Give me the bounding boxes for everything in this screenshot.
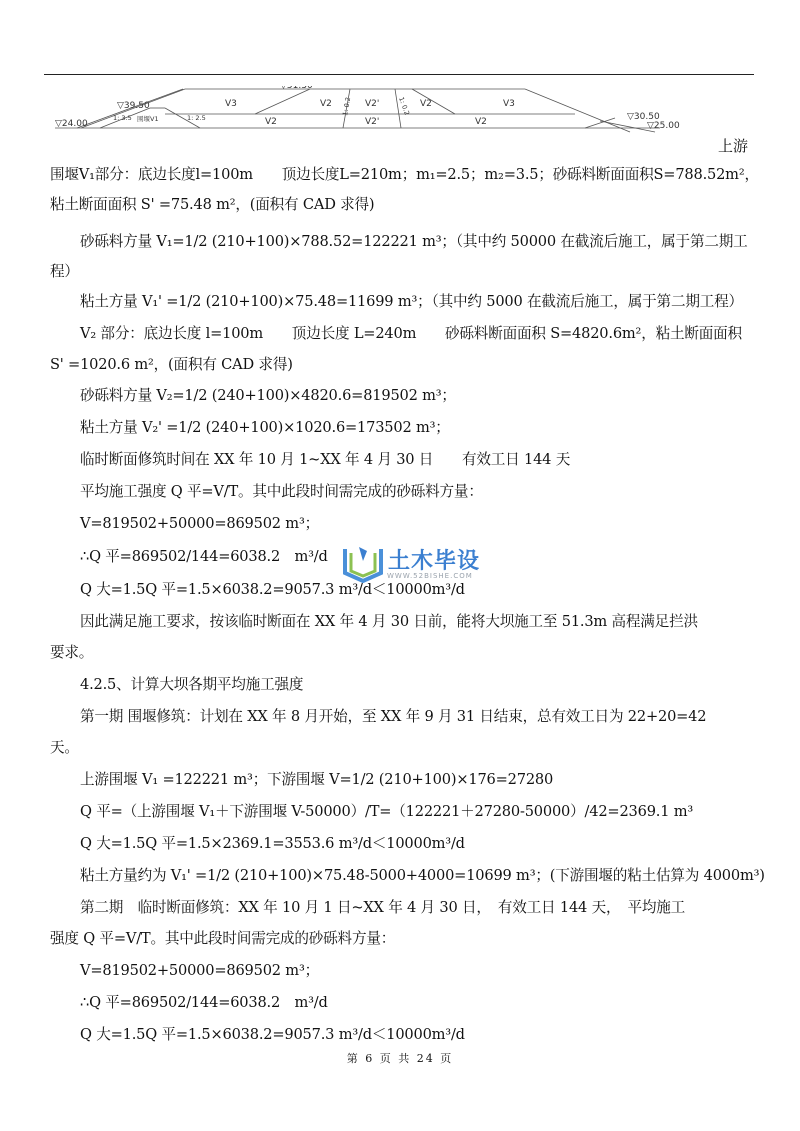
zone-v2-upper-left: V2	[320, 99, 332, 109]
text-line: S' =1020.6 m²，(面积有 CAD 求得)	[50, 355, 293, 375]
text-line: Q 大=1.5Q 平=1.5×6038.2=9057.3 m³/d＜10000m…	[80, 580, 465, 600]
slope-label-left: 1: 3.5	[113, 114, 132, 122]
text-line: Q 大=1.5Q 平=1.5×6038.2=9057.3 m³/d＜10000m…	[80, 1025, 465, 1045]
text-line: Q 平=（上游围堰 V₁＋下游围堰 V-50000）/T=（122221＋272…	[80, 802, 693, 822]
header-rule	[44, 74, 754, 75]
text-line: 上游围堰 V₁ =122221 m³；下游围堰 V=1/2 (210+100)×…	[80, 770, 553, 790]
text-line: 强度 Q 平=V/T。其中此段时间需完成的砂砾料方量：	[50, 929, 395, 949]
text-line: 程）	[50, 262, 79, 282]
text-line: 第二期 临时断面修筑：XX 年 10 月 1 日~XX 年 4 月 30 日， …	[80, 898, 685, 918]
text-line: V=819502+50000=869502 m³；	[80, 961, 319, 981]
text-line: 第一期 围堰修筑：计划在 XX 年 8 月开始，至 XX 年 9 月 31 日结…	[80, 707, 706, 727]
core-slope-left: 1: 0.2	[341, 97, 352, 117]
core-slope-right: 1: 0.2	[397, 96, 411, 116]
text-line: 因此满足施工要求，按该临时断面在 XX 年 4 月 30 日前，能将大坝施工至 …	[80, 612, 698, 632]
text-line: 粘土断面面积 S' =75.48 m²，(面积有 CAD 求得)	[50, 195, 374, 215]
zone-v3-right: V3	[503, 99, 515, 109]
elevation-24-label: ▽24.00	[55, 119, 88, 129]
text-line: 要求。	[50, 643, 93, 663]
crest-elevation-label: ▽51.30	[280, 86, 313, 91]
text-line: 砂砾料方量 V₂=1/2 (240+100)×4820.6=819502 m³；	[80, 386, 456, 406]
watermark-logo: 土木毕设 WWW.52BISHE.COM	[341, 543, 491, 583]
text-line: 砂砾料方量 V₁=1/2 (210+100)×788.52=122221 m³；…	[80, 232, 748, 252]
watermark-url: WWW.52BISHE.COM	[387, 572, 473, 580]
text-line: ∴Q 平=869502/144=6038.2 m³/d	[80, 993, 328, 1013]
elevation-25-label: ▽25.00	[647, 121, 680, 131]
text-line: 粘土方量 V₂' =1/2 (240+100)×1020.6=173502 m³…	[80, 418, 450, 438]
zone-v2-upper-right: V2	[420, 99, 432, 109]
text-line: V₂ 部分：底边长度 l=100m 顶边长度 L=240m 砂砾料断面面积 S=…	[80, 324, 742, 344]
dam-cross-section-diagram: ▽24.00 ▽39.50 ▽51.30 ▽30.50 ▽25.00 1: 3.…	[55, 86, 715, 146]
cofferdam-label: 围堰V1	[137, 114, 159, 123]
zone-v3-left: V3	[225, 99, 237, 109]
section-heading: 4.2.5、计算大坝各期平均施工强度	[80, 675, 303, 695]
book-logo-icon	[341, 543, 385, 583]
text-line: ∴Q 平=869502/144=6038.2 m³/d	[80, 547, 328, 567]
watermark-title: 土木毕设	[388, 544, 480, 575]
upstream-label: 上游	[718, 135, 748, 156]
elevation-39-label: ▽39.50	[117, 101, 150, 111]
text-line: V=819502+50000=869502 m³；	[80, 514, 319, 534]
text-line: 粘土方量 V₁' =1/2 (210+100)×75.48=11699 m³；（…	[80, 292, 743, 312]
text-line: 围堰V₁部分：底边长度l=100m 顶边长度L=210m；m₁=2.5；m₂=3…	[50, 165, 759, 185]
zone-v2-lower-right: V2	[475, 117, 487, 127]
zone-v2-prime-upper: V2'	[365, 99, 379, 109]
text-line: 平均施工强度 Q 平=V/T。其中此段时间需完成的砂砾料方量：	[80, 482, 483, 502]
text-line: 天。	[50, 738, 79, 758]
text-line: Q 大=1.5Q 平=1.5×2369.1=3553.6 m³/d＜10000m…	[80, 834, 465, 854]
zone-v2-prime-lower: V2'	[365, 117, 379, 127]
slope-label-cofferdam: 1: 2.5	[187, 114, 206, 122]
zone-v2-lower-left: V2	[265, 117, 277, 127]
text-line: 临时断面修筑时间在 XX 年 10 月 1~XX 年 4 月 30 日 有效工日…	[80, 450, 570, 470]
page-number: 第 6 页 共 24 页	[0, 1050, 800, 1066]
text-line: 粘土方量约为 V₁' =1/2 (210+100)×75.48-5000+400…	[80, 866, 765, 886]
